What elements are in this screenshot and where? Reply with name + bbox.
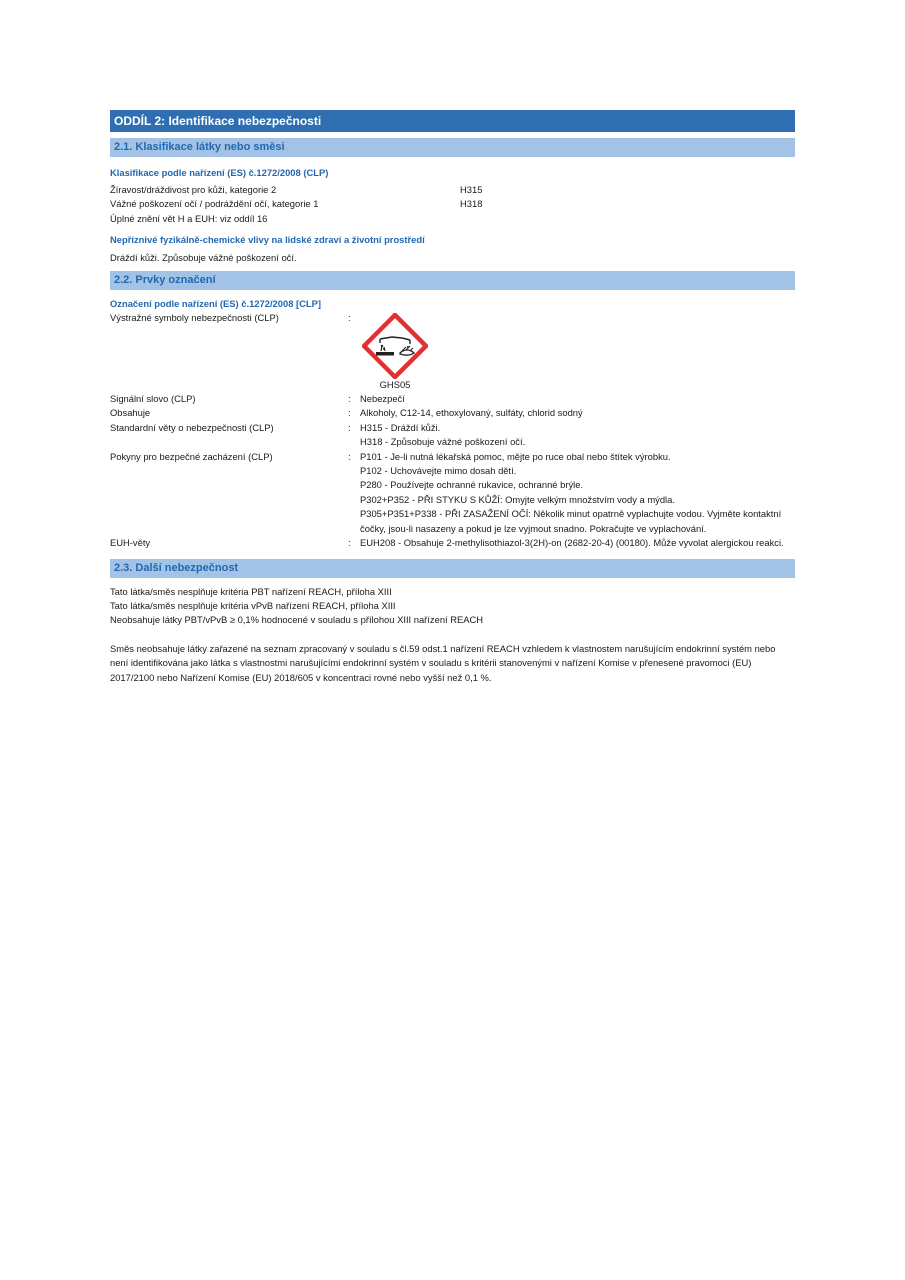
other-hazard-line: Tato látka/směs nesplňuje kritéria vPvB …: [110, 599, 795, 613]
sds-section-2: ODDÍL 2: Identifikace nebezpečnosti 2.1.…: [110, 110, 795, 685]
hazard-statement: H318 - Způsobuje vážné poškození očí.: [360, 435, 795, 449]
classification-row: Vážné poškození očí / podráždění očí, ka…: [110, 197, 795, 211]
signal-word-label: Signální slovo (CLP): [110, 392, 348, 406]
classification-label: Vážné poškození očí / podráždění očí, ka…: [110, 197, 460, 211]
colon: :: [348, 392, 360, 406]
precautionary-statement: P305+P351+P338 - PŘI ZASAŽENÍ OČÍ: Někol…: [360, 507, 795, 536]
pictogram-code: GHS05: [380, 378, 411, 392]
adverse-effects-heading: Nepříznivé fyzikálně-chemické vlivy na l…: [110, 233, 795, 247]
precautionary-statement: P302+P352 - PŘI STYKU S KŮŽÍ: Omyjte vel…: [360, 493, 795, 507]
other-hazards-list: Tato látka/směs nesplňuje kritéria PBT n…: [110, 585, 795, 628]
colon: :: [348, 406, 360, 420]
classification-code: H318: [460, 197, 482, 211]
classification-code: H315: [460, 183, 482, 197]
other-hazard-line: Neobsahuje látky PBT/vPvB ≥ 0,1% hodnoce…: [110, 613, 795, 627]
pictogram-label: Výstražné symboly nebezpečnosti (CLP): [110, 311, 348, 392]
classification-label: Žíravost/dráždivost pro kůži, kategorie …: [110, 183, 460, 197]
precautionary-statement: P101 - Je-li nutná lékařská pomoc, mějte…: [360, 450, 795, 464]
colon: :: [348, 311, 360, 392]
ghs05-corrosion-icon: [362, 313, 428, 379]
signal-word-value: Nebezpečí: [360, 392, 795, 406]
precautionary-statements-row: Pokyny pro bezpečné zacházení (CLP) : P1…: [110, 450, 795, 536]
colon: :: [348, 421, 360, 450]
subsection-2-3-title: 2.3. Další nebezpečnost: [110, 559, 795, 578]
euh-statement: EUH208 - Obsahuje 2-methylisothiazol-3(2…: [360, 536, 795, 550]
hazard-statements-label: Standardní věty o nebezpečnosti (CLP): [110, 421, 348, 450]
classification-note: Úplné znění vět H a EUH: viz oddíl 16: [110, 212, 795, 226]
colon: :: [348, 450, 360, 536]
euh-statements-row: EUH-věty : EUH208 - Obsahuje 2-methyliso…: [110, 536, 795, 550]
labelling-heading: Označení podle nařízení (ES) č.1272/2008…: [110, 297, 795, 311]
classification-list: Žíravost/dráždivost pro kůži, kategorie …: [110, 183, 795, 226]
precautionary-statement: P102 - Uchovávejte mimo dosah dětí.: [360, 464, 795, 478]
pictogram: GHS05: [360, 313, 430, 392]
adverse-effects-text: Dráždí kůži. Způsobuje vážné poškození o…: [110, 251, 795, 265]
signal-word-row: Signální slovo (CLP) : Nebezpečí: [110, 392, 795, 406]
subsection-2-2-title: 2.2. Prvky označení: [110, 271, 795, 290]
euh-statements-label: EUH-věty: [110, 536, 348, 550]
endocrine-paragraph: Směs neobsahuje látky zařazené na seznam…: [110, 642, 795, 685]
precautionary-statements-label: Pokyny pro bezpečné zacházení (CLP): [110, 450, 348, 536]
precautionary-statement: P280 - Používejte ochranné rukavice, och…: [360, 478, 795, 492]
contains-value: Alkoholy, C12-14, ethoxylovaný, sulfáty,…: [360, 406, 795, 420]
other-hazard-line: Tato látka/směs nesplňuje kritéria PBT n…: [110, 585, 795, 599]
pictogram-row: Výstražné symboly nebezpečnosti (CLP) :: [110, 311, 795, 392]
section-title: ODDÍL 2: Identifikace nebezpečnosti: [110, 110, 795, 132]
hazard-statement: H315 - Dráždí kůži.: [360, 421, 795, 435]
contains-label: Obsahuje: [110, 406, 348, 420]
colon: :: [348, 536, 360, 550]
hazard-statements-row: Standardní věty o nebezpečnosti (CLP) : …: [110, 421, 795, 450]
classification-row: Žíravost/dráždivost pro kůži, kategorie …: [110, 183, 795, 197]
subsection-2-1-title: 2.1. Klasifikace látky nebo směsi: [110, 138, 795, 157]
classification-heading: Klasifikace podle nařízení (ES) č.1272/2…: [110, 166, 795, 180]
contains-row: Obsahuje : Alkoholy, C12-14, ethoxylovan…: [110, 406, 795, 420]
